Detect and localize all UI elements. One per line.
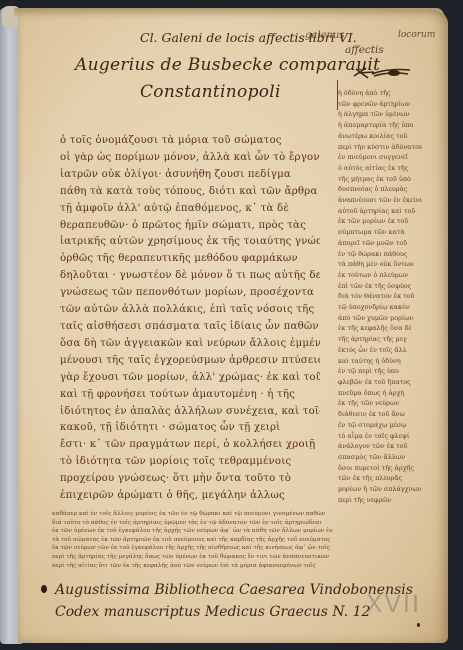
scholia-line: διάθεσιν ἐκ τοῦ ἄνω (338, 409, 422, 420)
library-note-line-1: Augustissima Bibliotheca Caesarea Vindob… (55, 582, 413, 598)
margin-note-c: locorum (398, 30, 435, 40)
corner-ink-dot (417, 623, 420, 627)
scholia-line: ἀναπνέουσι τῶν ἐν ἐκείνῳ (338, 195, 422, 206)
scholia-line: ἐκ τῆς κεφαλῆς ὅσα δὲ (338, 323, 422, 334)
scholia-line: περὶ τὴν κύστιν ἀδύνατον (338, 142, 422, 153)
bottom-note-line: τὰ τοῦ σώματος ἐκ τῶν ἀρτηριῶν ἐκ τοῦ πν… (52, 536, 412, 545)
scholia-line: ἡ ἀπομαρτυρία τῆς ὑπο (338, 120, 422, 131)
shelf-mark: XVII (366, 590, 421, 618)
bottom-note-line: ἐκ τῶν νεύρων τῶν ἐκ τοῦ ἐγκεφάλου τῆς ἀ… (52, 544, 412, 553)
scholia-line: σύμπτωμα τῶν κατὰ (338, 227, 422, 238)
bottom-note-line: περὶ τῆς ἀρτηρίας τῆς μεγάλης ὅπως τῶν ὑ… (52, 553, 412, 562)
scholia-line: αὐτοῦ ἀρτηρίας καὶ τοῦ (338, 206, 422, 217)
scholia-line: ἡ ἀλγημα τῶν ὑμένων (338, 109, 422, 120)
library-note-line-2: Codex manuscriptus Medicus Graecus N. 12 (55, 604, 370, 620)
margin-note-a: galenus (305, 30, 345, 41)
text-line: ταῖς αἰσθήσεσι σπάσματα ταῖς ἰδίαις ὧν π… (60, 319, 320, 336)
scholia-line: τῷ ὑποχονδρίῳ κακὸν (338, 302, 422, 313)
scholia-line: ἀνωτέρω κοιλίας τοῦ (338, 131, 422, 142)
scholia-line: ἐν τῷ στομάχῳ μέσῳ (338, 420, 422, 431)
bottom-note-line: καθάπερ καὶ ἐν τοῖς ἄλλοις μορίοις ἐκ τῶ… (52, 510, 412, 519)
scholia-line: τὰ πάθη μὲν οὐκ ὄντων (338, 259, 422, 270)
scholia-line: ἀπὸ τῶν χυμῶν μορίων (338, 313, 422, 324)
scholia-line: ἐν πνεύμονι συγγενεῖ (338, 152, 422, 163)
scholia-line: ἐν τῷ θώρακι πάθους (338, 249, 422, 260)
text-line: ἰδιότητος ἐν ἀπαλὰς ἀλλήλων συνέχεια, κα… (60, 404, 320, 421)
text-line: τῇ ἀμφοῖν ἀλλ' αὐτῷ ἐπαθόμενος, κ᾽ τὰ δὲ (60, 201, 320, 218)
right-column-scholia: ἡ ὀδύνη ἀπὸ τῆς τῶν φρενῶν ἀρτηρίων ἡ ἀλ… (338, 88, 422, 505)
text-line: γὰρ ἔχουσι τῶν μορίων, ἀλλ' χρώμας· ἐκ κ… (60, 370, 320, 387)
text-line: ἔστι· κ᾽ τῶν πραγμάτων περί, ὁ κολλήσει … (60, 437, 320, 454)
crossed-out-scribble-icon (352, 66, 412, 80)
scholia-line: ὁ αὐτὸς αἰτίας ἐκ τῆς (338, 163, 422, 174)
ownership-note-line-2: Constantinopoli (140, 82, 281, 102)
text-line: ἰατρῶν οὐκ ὀλίγοι· ἀσυνήθη ζουσι πεδίγμα (60, 167, 320, 184)
text-line: καὶ τῇ φρονήσει τούτων ἀμαυτομένη · ἡ τῆ… (60, 387, 320, 404)
bottom-note-line: διὰ τοῦτο τὸ πάθος ἐν τοῖς ἀρτηρίαις ὁρῶ… (52, 519, 412, 528)
main-greek-text-block: ὁ τοῖς ὀνομάζουσι τὰ μόρια τοῦ σώματος ο… (60, 133, 320, 505)
scholia-line: σπασμὸς τῶν ἄλλων (338, 452, 422, 463)
text-line: πάθη τὰ κατὰ τοὺς τόπους, διότι καὶ τῶν … (60, 184, 320, 201)
scholia-line: τῆς μήτρας ἐκ τοῦ ὑπὸ (338, 174, 422, 185)
scholia-line: ἀπορεῖ τῶν μυῶν τοῦ (338, 238, 422, 249)
scholia-line: τὸ αἷμα ἐν ταῖς φλεψί (338, 431, 422, 442)
text-line: ὁ τοῖς ὀνομάζουσι τὰ μόρια τοῦ σώματος (60, 133, 320, 150)
bottom-scholia: καθάπερ καὶ ἐν τοῖς ἄλλοις μορίοις ἐκ τῶ… (52, 510, 412, 570)
text-line: θεραπευθῶν· ὁ πρῶτος ἡμῖν σώματι, πρὸς τ… (60, 218, 320, 235)
text-line: ἰατρικῆς αὐτῶν χρησίμους ἐκ τῆς τοιαύτης… (60, 234, 320, 251)
text-line: προχείρου γνώσεως· ὅτι μὴν ὄντα τοῦτο τὸ (60, 471, 320, 488)
ink-blot (41, 585, 47, 593)
scholia-line: ἐκ τῶν μορίων ἐκ τοῦ (338, 216, 422, 227)
text-line: κακοῦ, τῇ ἰδιότητι · σώματος ὧν τῇ χειρὶ (60, 420, 320, 437)
scholia-line: ἐκ τούτων ὁ πλεύμων (338, 270, 422, 281)
scholia-line: ἐν τῷ περὶ τῆς ὑπο (338, 366, 422, 377)
text-line: μένουσι τῆς ταῖς ἐγχορεύσμων ἀρθρεσιν πτ… (60, 353, 320, 370)
scholia-line: τῶν ἐκ τῆς πλευρᾶς (338, 473, 422, 484)
scholia-line: ἐπὶ τῶν ἐκ τῆς ὀσφύος (338, 281, 422, 292)
scholia-line: ἐκ τῆς τῶν νεύρων (338, 398, 422, 409)
scholia-line: ἐκτὸς ὧν ἐν τοῖς ἄλλ (338, 345, 422, 356)
text-line: οἱ γὰρ ὡς πορίμων μόνον, ἀλλὰ καὶ ὧν τὸ … (60, 150, 320, 167)
scholia-line: τῆς ἀρτηρίας τῆς μεγ (338, 334, 422, 345)
text-line: τῶν αὐτῶν ἀλλὰ πολλάκις, ἐπὶ ταῖς νόσοις… (60, 302, 320, 319)
text-line: ὅσα δὴ τῶν ἀγγειακῶν καὶ νεύρων ἄλλοις ἐ… (60, 336, 320, 353)
scholia-line: διὰ τὸν θάνατον ἐκ τοῦ (338, 291, 422, 302)
scholia-line: μορίων ἢ τῶν σπλάγχνων (338, 484, 422, 495)
scholia-line: τῶν φρενῶν ἀρτηρίων (338, 99, 422, 110)
text-line: ἐπιχειρῶν ἀρώματι ὁ θῆς, μεγάλην ἀλλως (60, 488, 320, 505)
bottom-note-line: περὶ τῆς αἰτίας ὅτι τῶν ἐκ τῆς κεφαλῆς ἀ… (52, 562, 412, 571)
text-line: τὸ ἰδιότητα τῶν μορίοις τοῖς τεθραμμένοι… (60, 454, 320, 471)
scholia-line: δυσπνοίας ὁ πλευρὰς (338, 184, 422, 195)
ownership-note-line-1: Augerius de Busbecke comparauit (75, 55, 380, 75)
text-line: δηλοῦται · γνωστέον δὲ μόνον ὅ τι πως αὐ… (60, 268, 320, 285)
scholia-line: πνεῦμα ὅπως ἡ ἀρχή (338, 388, 422, 399)
scholia-line: περὶ τῆς νεφρῶν (338, 495, 422, 506)
scholia-line: ἡ ὀδύνη ἀπὸ τῆς (338, 88, 422, 99)
text-line: ὀρθῶς τῆς θεραπευτικῆς μεθόδου φαρμάκων (60, 251, 320, 268)
bottom-note-line: ἐκ τῶν ὑμένων ἐκ τοῦ ἐγκεφάλου τῆς ἀρχῆς… (52, 527, 412, 536)
text-line: γνώσεως τῶν πεπονθότων μορίων, προσέχοντ… (60, 285, 320, 302)
margin-note-b: affectis (345, 44, 384, 56)
scholia-line: ἀνάλογον τῶν ἐκ τοῦ (338, 441, 422, 452)
scholia-line: φλεβῶν ἐκ τοῦ ἥπατος (338, 377, 422, 388)
scholia-line: καὶ ταύτης ἡ ὀδύνη (338, 356, 422, 367)
scholia-line: ὅσοι πυρετοί τῆς ἀρχῆς (338, 463, 422, 474)
